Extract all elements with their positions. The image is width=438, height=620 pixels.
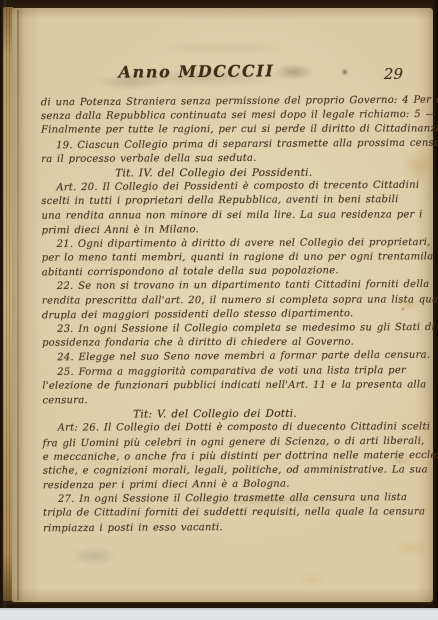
manuscript-page: Anno MDCCCII 29 di una Potenza Straniera… — [12, 8, 433, 602]
manuscript-line: una rendita annua non minore di sei mila… — [41, 209, 426, 224]
manuscript-line: 19. Ciascun Collegio prima di separarsi … — [41, 137, 426, 154]
manuscript-line: di una Potenza Straniera senza permissio… — [41, 95, 426, 112]
book-scan: Anno MDCCCII 29 di una Potenza Straniera… — [0, 0, 438, 614]
page-header: Anno MDCCCII 29 — [12, 62, 433, 88]
scanner-backdrop — [0, 608, 438, 614]
manuscript-line: censura. — [42, 393, 427, 410]
binding-crease — [17, 10, 19, 600]
manuscript-line: residenza per i primi dieci Anni è a Bol… — [43, 478, 428, 495]
manuscript-line: Finalmente per tutte le ragioni, per cui… — [41, 124, 426, 139]
manuscript-line: 22. Se non si trovano in un dipartimento… — [42, 279, 427, 295]
manuscript-line: ra il processo verbale della sua seduta. — [41, 152, 426, 168]
manuscript-line: tripla de Cittadini forniti dei suddetti… — [43, 507, 428, 522]
manuscript-line: rimpiazza i posti in esso vacanti. — [43, 520, 428, 537]
manuscript-line: scelti in tutti i proprietari della Repu… — [41, 194, 426, 210]
manuscript-line: fra gli Uomini più celebri in ogni gener… — [43, 435, 428, 452]
year-title: Anno MDCCCII — [0, 60, 407, 83]
manuscript-line: primi dieci Anni è in Milano. — [42, 222, 427, 239]
manuscript-line: Art: 26. Il Collegio dei Dotti è compost… — [43, 422, 428, 437]
manuscript-line: drupla dei maggiori possidenti dello ste… — [42, 307, 427, 324]
page-number: 29 — [384, 65, 403, 83]
manuscript-line: Art. 20. Il Collegio dei Possidenti è co… — [41, 180, 426, 197]
manuscript-text: di una Potenza Straniera senza permissio… — [41, 95, 428, 537]
manuscript-line: 25. Forma a maggiorità comparativa de vo… — [42, 365, 427, 381]
